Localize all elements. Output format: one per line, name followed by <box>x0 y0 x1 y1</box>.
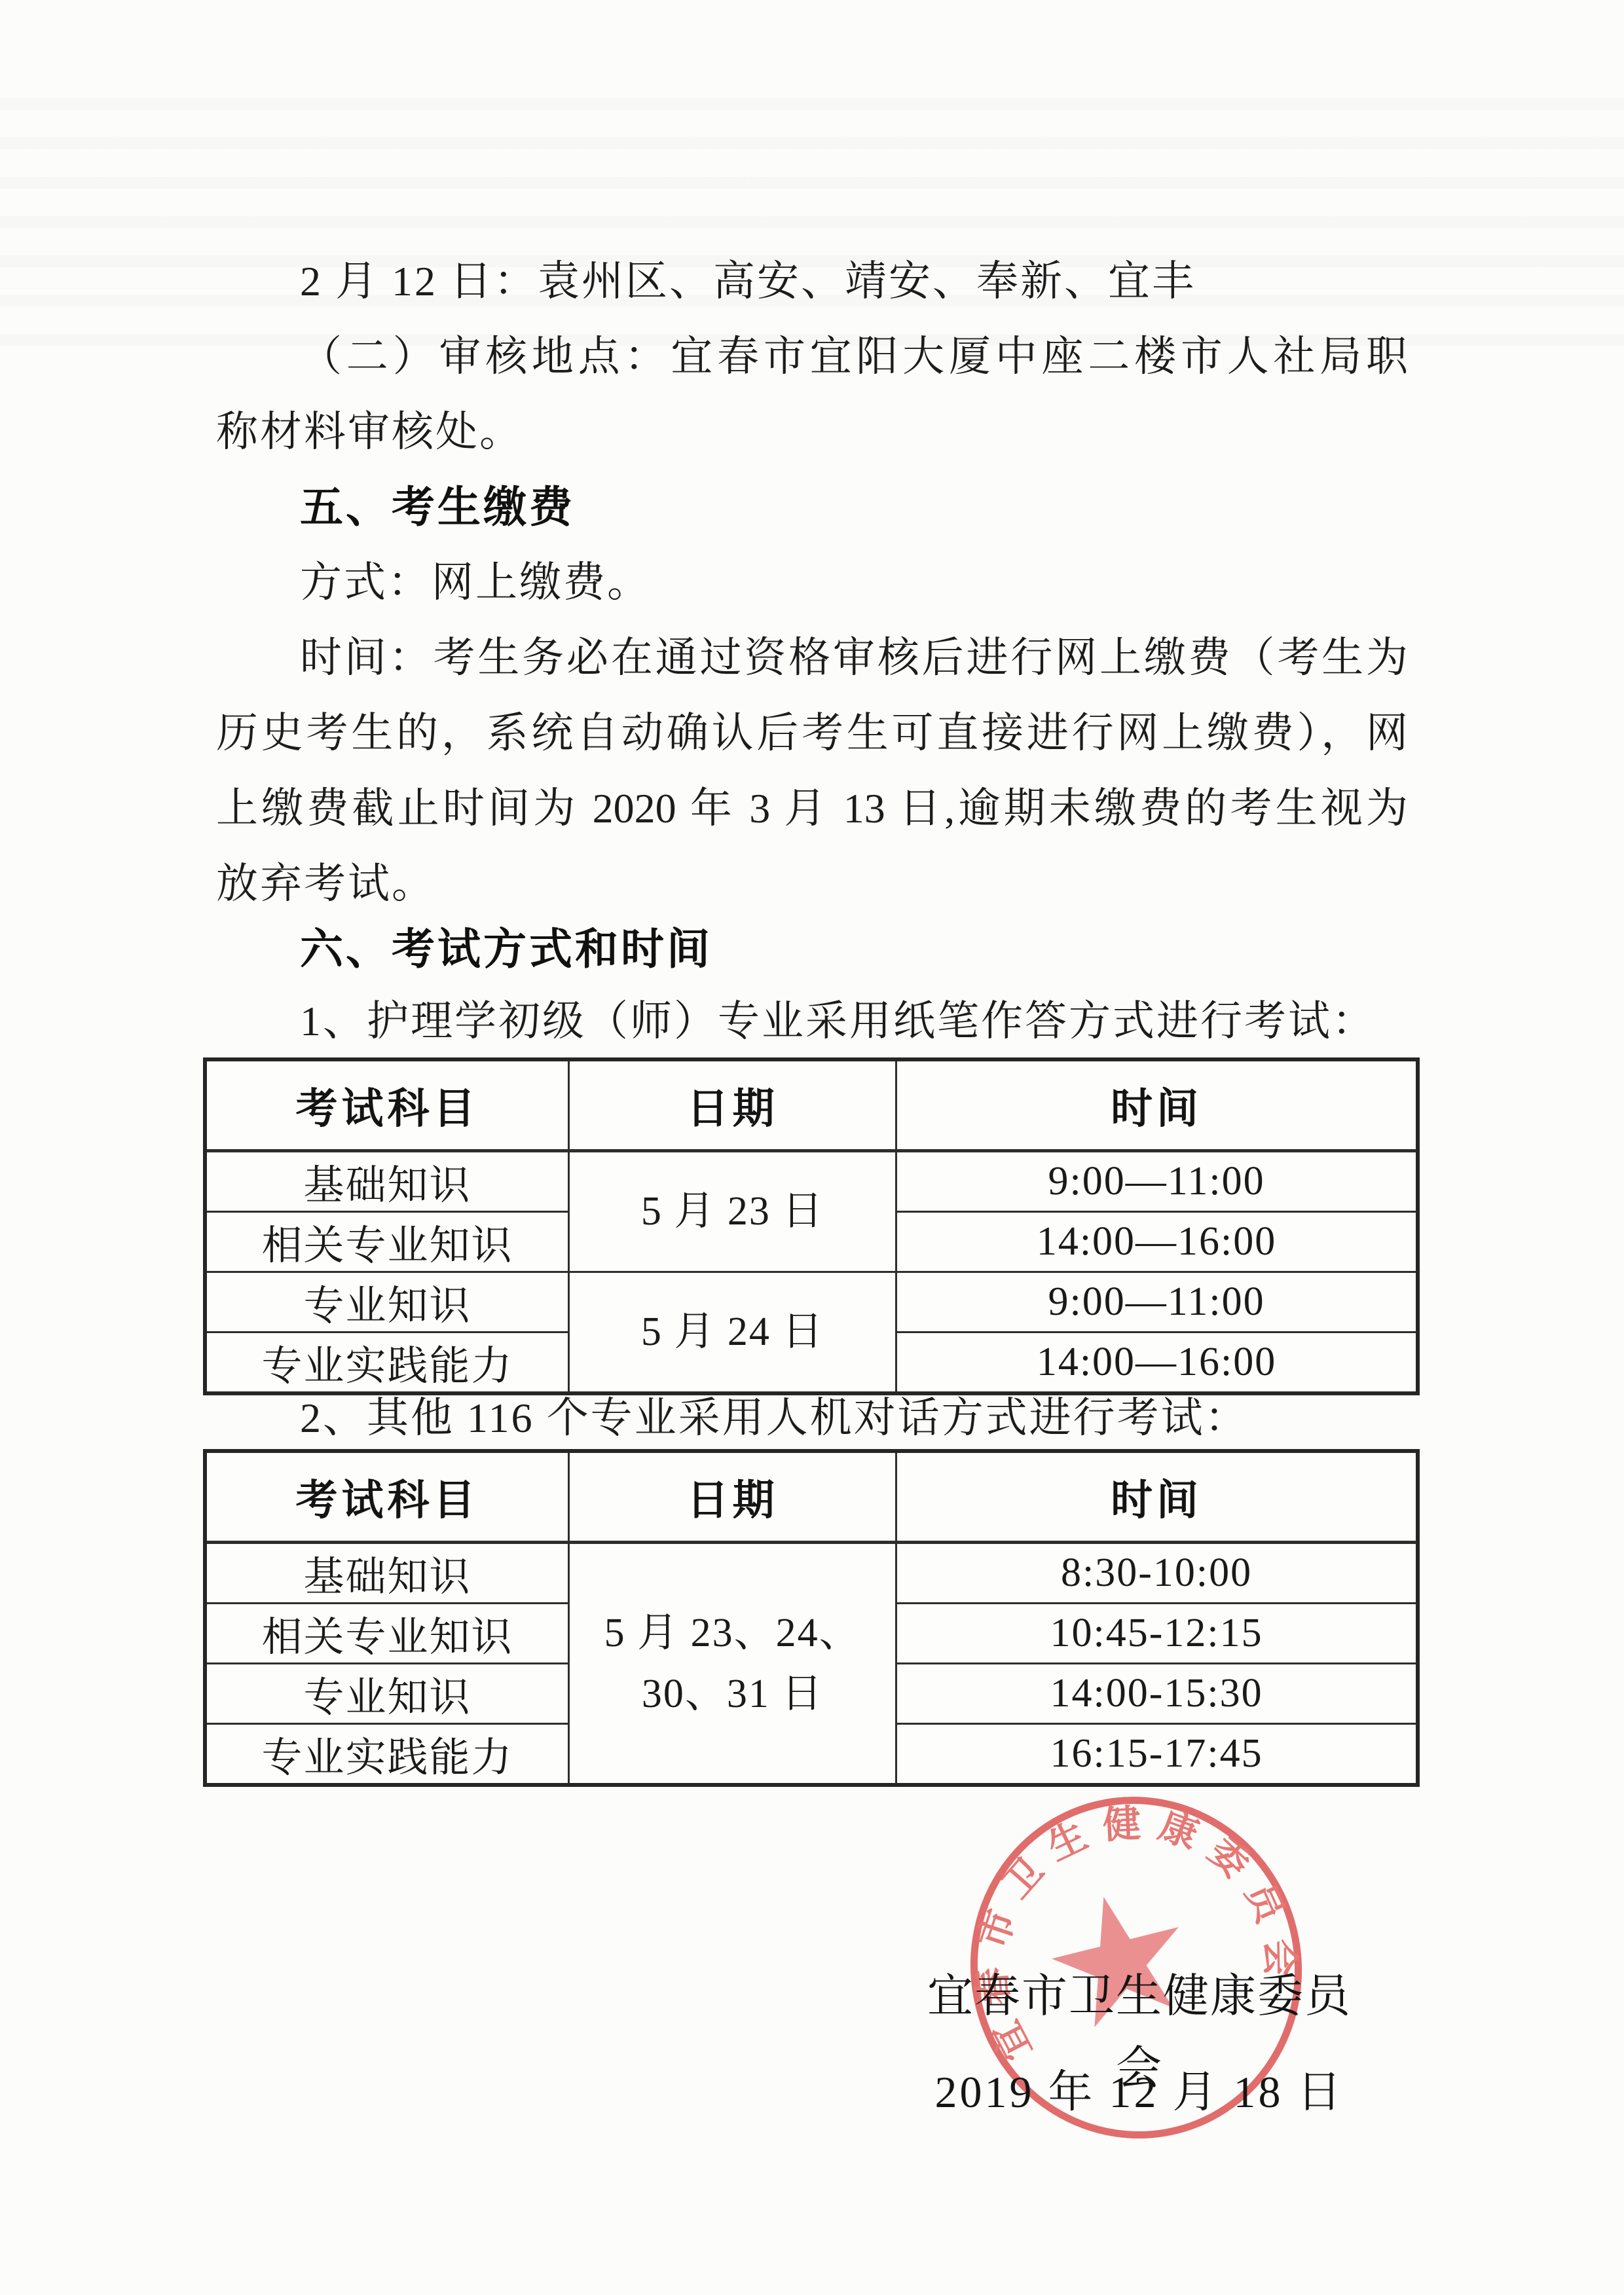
paragraph-line: （二）审核地点：宜春市宜阳大厦中座二楼市人社局职 <box>216 319 1408 394</box>
subject-cell: 相关专业知识 <box>205 1604 569 1664</box>
time-cell: 8:30-10:00 <box>896 1543 1418 1604</box>
table-row: 基础知识 5 月 23、24、 30、31 日 8:30-10:00 <box>205 1543 1418 1604</box>
signature-date: 2019 年 12 月 18 日 <box>904 2056 1375 2128</box>
exam-schedule-table-paper: 考试科目 日期 时间 基础知识 5 月 23 日 9:00—11:00 相关专业… <box>203 1057 1420 1395</box>
table-row: 基础知识 5 月 23 日 9:00—11:00 <box>205 1151 1418 1212</box>
paragraph-line: 方式：网上缴费。 <box>216 545 1408 620</box>
date-cell: 5 月 23 日 <box>569 1151 896 1272</box>
col-header-date: 日期 <box>569 1451 896 1543</box>
time-cell: 14:00-15:30 <box>896 1664 1418 1724</box>
date-cell: 5 月 24 日 <box>569 1272 896 1394</box>
col-header-date: 日期 <box>569 1059 896 1151</box>
time-cell: 16:15-17:45 <box>896 1724 1418 1786</box>
time-cell: 9:00—11:00 <box>896 1151 1418 1212</box>
exam-schedule-table-computer: 考试科目 日期 时间 基础知识 5 月 23、24、 30、31 日 8:30-… <box>203 1449 1420 1787</box>
paragraph-line: 放弃考试。 <box>216 846 1408 921</box>
section-heading-5: 五、考生缴费 <box>216 469 1408 545</box>
table-row: 专业知识 5 月 24 日 9:00—11:00 <box>205 1272 1418 1332</box>
document-page: 2 月 12 日：袁州区、高安、靖安、奉新、宜丰 （二）审核地点：宜春市宜阳大厦… <box>0 0 1624 2295</box>
table2-caption: 2、其他 116 个专业采用人机对话方式进行考试： <box>216 1380 1408 1456</box>
subject-cell: 基础知识 <box>205 1151 569 1212</box>
col-header-time: 时间 <box>896 1451 1418 1543</box>
subject-cell: 专业知识 <box>205 1272 569 1332</box>
date-cell: 5 月 23、24、 30、31 日 <box>569 1543 896 1786</box>
subject-cell: 基础知识 <box>205 1543 569 1604</box>
col-header-subject: 考试科目 <box>205 1059 569 1151</box>
section-heading-6: 六、考试方式和时间 <box>216 911 1408 987</box>
paragraph-line: 上缴费截止时间为 2020 年 3 月 13 日,逾期未缴费的考生视为 <box>216 771 1408 846</box>
table1-caption: 1、护理学初级（师）专业采用纸笔作答方式进行考试： <box>216 983 1408 1059</box>
subject-cell: 相关专业知识 <box>205 1212 569 1272</box>
col-header-time: 时间 <box>896 1059 1418 1151</box>
paragraph-line: 称材料审核处。 <box>216 394 1408 469</box>
paragraph-line: 历史考生的，系统自动确认后考生可直接进行网上缴费），网 <box>216 695 1408 771</box>
col-header-subject: 考试科目 <box>205 1451 569 1543</box>
time-cell: 10:45-12:15 <box>896 1604 1418 1664</box>
table-header-row: 考试科目 日期 时间 <box>205 1059 1418 1151</box>
signature-organization: 宜春市卫生健康委员会 <box>910 1961 1369 2033</box>
paragraph-line: 2 月 12 日：袁州区、高安、靖安、奉新、宜丰 <box>216 244 1408 319</box>
subject-cell: 专业实践能力 <box>205 1724 569 1786</box>
time-cell: 9:00—11:00 <box>896 1272 1418 1332</box>
table-header-row: 考试科目 日期 时间 <box>205 1451 1418 1543</box>
subject-cell: 专业知识 <box>205 1664 569 1724</box>
paragraph-line: 时间：考生务必在通过资格审核后进行网上缴费（考生为 <box>216 620 1408 695</box>
time-cell: 14:00—16:00 <box>896 1212 1418 1272</box>
